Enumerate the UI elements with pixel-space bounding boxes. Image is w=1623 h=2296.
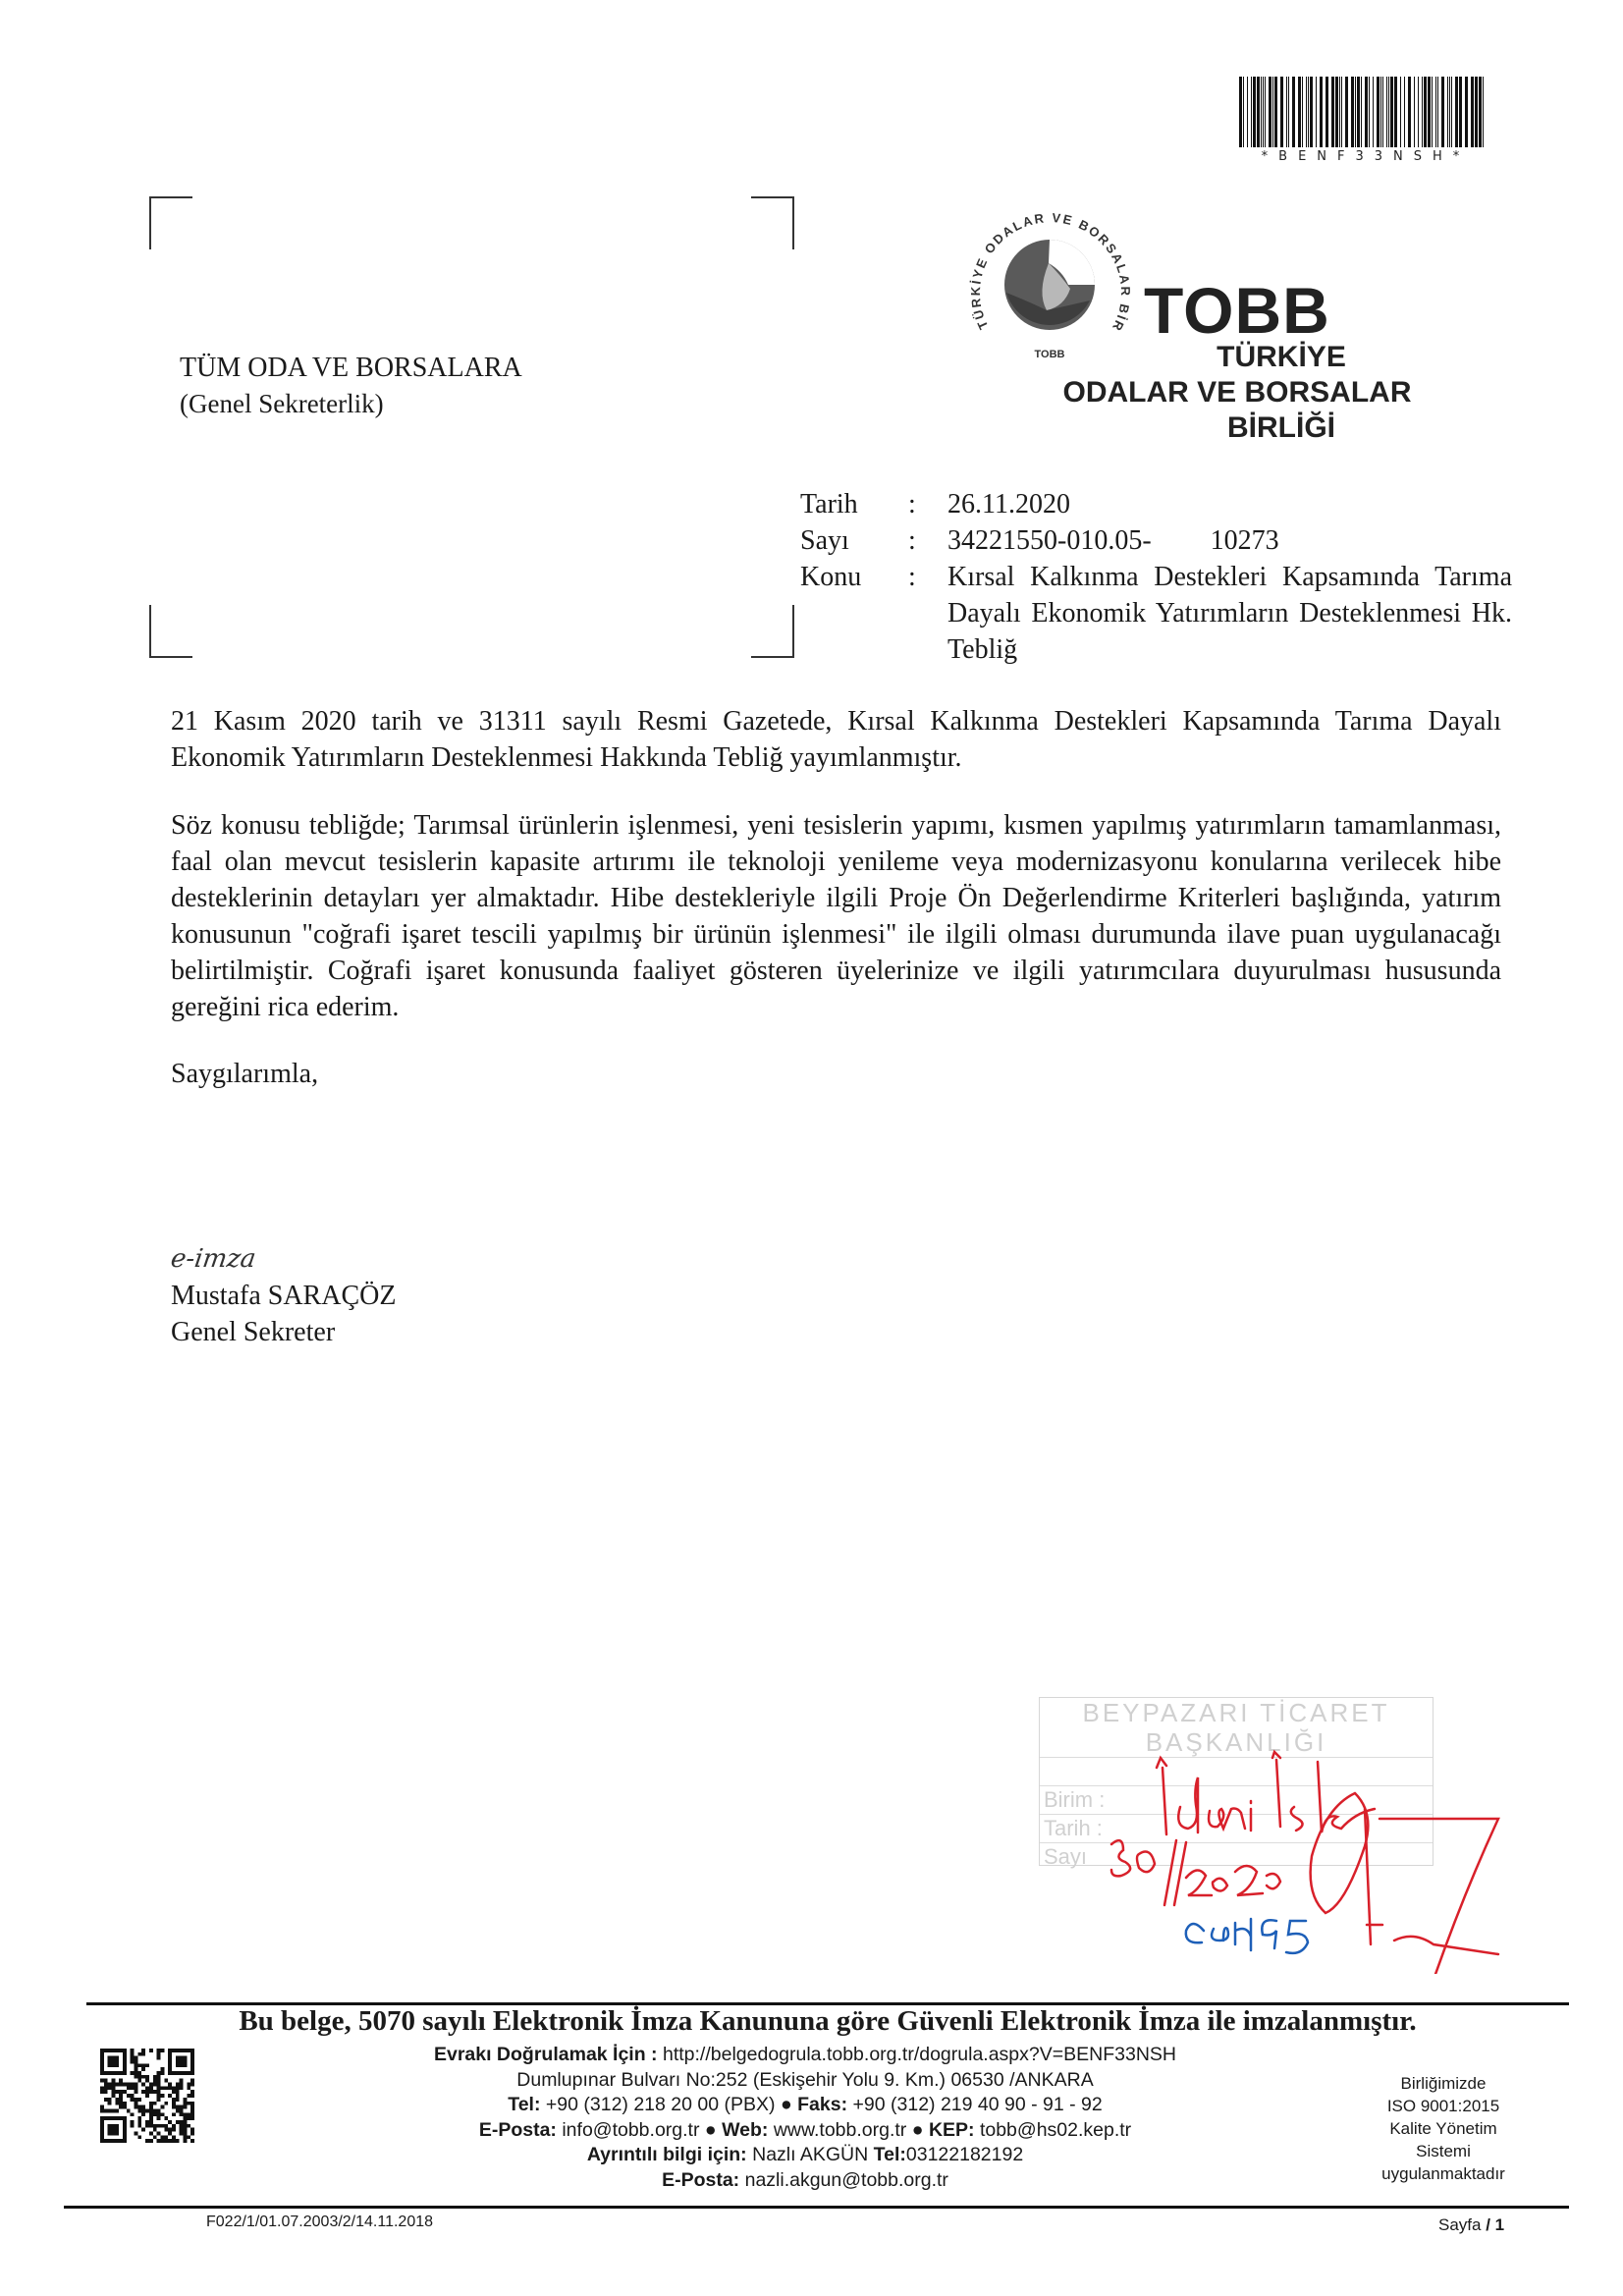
meta-row-date: Tarih : 26.11.2020 xyxy=(800,486,1512,522)
form-code: F022/1/01.07.2003/2/14.11.2018 xyxy=(206,2214,433,2231)
separator: : xyxy=(908,486,947,522)
handwritten-blue-ink xyxy=(1186,1919,1308,1953)
footer-divider-bottom xyxy=(64,2206,1569,2209)
date-label: Tarih xyxy=(800,486,908,522)
phone-number: +90 (312) 218 20 00 (PBX) xyxy=(546,2094,776,2115)
e-signature-legal-notice: Bu belge, 5070 sayılı Elektronik İmza Ka… xyxy=(86,2005,1569,2038)
meta-row-subject: Konu : Kırsal Kalkınma Destekleri Kapsam… xyxy=(800,559,1512,668)
number-sequence: 10273 xyxy=(1211,525,1279,556)
signatory-name: Mustafa SARAÇÖZ xyxy=(171,1278,396,1314)
document-meta: Tarih : 26.11.2020 Sayı : 34221550-010.0… xyxy=(800,486,1512,668)
subject-value: Kırsal Kalkınma Destekleri Kapsamında Ta… xyxy=(947,559,1512,668)
subject-label: Konu xyxy=(800,559,908,668)
meta-row-number: Sayı : 34221550-010.05-10273 xyxy=(800,522,1512,559)
fax-number: +90 (312) 219 40 90 - 91 - 92 xyxy=(853,2094,1103,2115)
page-number: Sayfa / 1 xyxy=(1438,2215,1504,2235)
footer-contact-info: Evrakı Doğrulamak İçin : http://belgedog… xyxy=(373,2043,1237,2193)
separator: : xyxy=(908,559,947,668)
address: Dumlupınar Bulvarı No:252 (Eskişehir Yol… xyxy=(373,2068,1237,2094)
logo-name-line1: TÜRKİYE xyxy=(1031,340,1443,375)
bullet-icon: ● xyxy=(912,2119,924,2141)
number-label: Sayı xyxy=(800,522,908,559)
body-paragraph: Söz konusu tebliğde; Tarımsal ürünlerin … xyxy=(171,807,1501,1025)
verify-url-link[interactable]: http://belgedogrula.tobb.org.tr/dogrula.… xyxy=(663,2044,1176,2065)
logo-name-line3: BİRLİĞİ xyxy=(1031,410,1443,446)
address-window-corner-bottom-right xyxy=(751,605,794,658)
address-window-corner-bottom-left xyxy=(149,605,192,658)
verification-qr-code xyxy=(100,2047,194,2145)
logo-organization-name: TÜRKİYE ODALAR VE BORSALAR BİRLİĞİ xyxy=(1031,340,1443,446)
address-window-corner-top-right xyxy=(751,196,794,249)
signature-block: e-imza Mustafa SARAÇÖZ Genel Sekreter xyxy=(171,1240,396,1350)
e-signature-mark: e-imza xyxy=(168,1241,258,1278)
iso-certification-note: Birliğimizde ISO 9001:2015 Kalite Yöneti… xyxy=(1345,2072,1542,2185)
logo-name-line2: ODALAR VE BORSALAR xyxy=(1031,375,1443,410)
bullet-icon: ● xyxy=(705,2119,717,2141)
date-value: 26.11.2020 xyxy=(947,486,1512,522)
separator: : xyxy=(908,522,947,559)
website-link[interactable]: www.tobb.org.tr xyxy=(774,2119,906,2141)
document-barcode: *BENF33NSH* xyxy=(1239,77,1492,161)
online-contact-line: E-Posta: info@tobb.org.tr ● Web: www.tob… xyxy=(373,2118,1237,2144)
signatory-title: Genel Sekreter xyxy=(171,1314,396,1350)
phone-line: Tel: +90 (312) 218 20 00 (PBX) ● Faks: +… xyxy=(373,2093,1237,2118)
contact-email-line: E-Posta: nazli.akgun@tobb.org.tr xyxy=(373,2168,1237,2194)
number-value: 34221550-010.05- xyxy=(947,525,1152,556)
verify-line: Evrakı Doğrulamak İçin : http://belgedog… xyxy=(373,2043,1237,2068)
contact-person: Nazlı AKGÜN xyxy=(752,2144,868,2165)
contact-email-link[interactable]: nazli.akgun@tobb.org.tr xyxy=(745,2169,948,2191)
logo-acronym: TOBB xyxy=(1144,273,1330,348)
body-paragraph: 21 Kasım 2020 tarih ve 31311 sayılı Resm… xyxy=(171,703,1501,776)
contact-phone: 03122182192 xyxy=(906,2144,1023,2165)
bullet-icon: ● xyxy=(781,2094,792,2115)
barcode-text: *BENF33NSH* xyxy=(1239,149,1492,164)
kep-address: tobb@hs02.kep.tr xyxy=(980,2119,1131,2141)
handwritten-red-ink xyxy=(1111,1752,1498,1974)
stamp-title-line1: BEYPAZARI TİCARET xyxy=(1040,1698,1433,1727)
email-link[interactable]: info@tobb.org.tr xyxy=(562,2119,699,2141)
closing-salutation: Saygılarımla, xyxy=(171,1059,318,1090)
recipient-block: TÜM ODA VE BORSALARA (Genel Sekreterlik) xyxy=(180,351,522,421)
letter-body: 21 Kasım 2020 tarih ve 31311 sayılı Resm… xyxy=(171,703,1501,1057)
recipient-name: TÜM ODA VE BORSALARA xyxy=(180,351,522,386)
address-window-corner-top-left xyxy=(149,196,192,249)
recipient-department: (Genel Sekreterlik) xyxy=(180,386,522,421)
handwritten-annotation xyxy=(1041,1748,1512,1974)
barcode-bars xyxy=(1239,77,1492,147)
verify-label: Evrakı Doğrulamak İçin : xyxy=(434,2044,658,2065)
contact-person-line: Ayrıntılı bilgi için: Nazlı AKGÜN Tel:03… xyxy=(373,2143,1237,2168)
